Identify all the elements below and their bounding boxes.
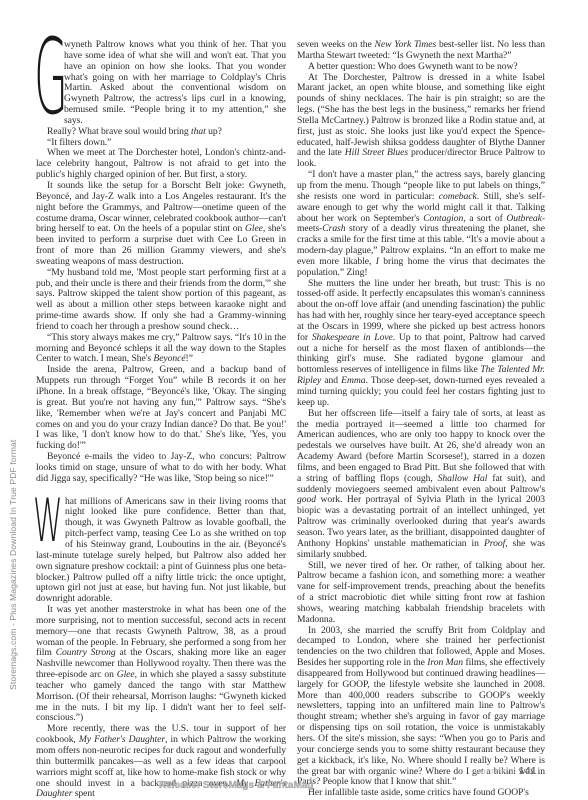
article-paragraph: She mutters the line under her breath, b…: [297, 279, 545, 409]
article-paragraph: Her infallible taste aside, some critics…: [297, 788, 545, 799]
article-paragraph: “My husband told me, 'Most people start …: [36, 268, 286, 333]
article-paragraph: Still, we never tired of her. Or rather,…: [297, 561, 545, 626]
folio-label: VANITY FAIR: [475, 770, 517, 776]
article-paragraph: Inside the arena, Paltrow, Green, and a …: [36, 365, 286, 452]
bottom-watermark: Release: StoreMags & FantaMag: [159, 780, 314, 791]
drop-cap-w: W: [33, 497, 46, 545]
article-paragraph-section-start: What millions of Americans saw in their …: [36, 497, 286, 605]
article-column-left: Gwyneth Paltrow knows what you think of …: [36, 40, 286, 800]
drop-cap-g: G: [34, 38, 44, 116]
article-paragraph: It sounds like the setup for a Borscht B…: [36, 181, 286, 268]
article-paragraph: It was yet another masterstroke in what …: [36, 605, 286, 724]
article-paragraph: When we meet at The Dorchester hotel, Lo…: [36, 148, 286, 181]
article-paragraph: Really? What brave soul would bring that…: [36, 127, 286, 138]
article-paragraph: At The Dorchester, Paltrow is dressed in…: [297, 73, 545, 171]
magazine-page: Gwyneth Paltrow knows what you think of …: [0, 0, 588, 800]
article-paragraph: “I don't have a master plan,” the actres…: [297, 170, 545, 278]
article-column-right: seven weeks on the New York Times best-s…: [297, 40, 545, 799]
article-paragraph: Gwyneth Paltrow knows what you think of …: [36, 40, 286, 127]
page-number: 141: [519, 766, 537, 777]
article-paragraph: Beyoncé e-mails the video to Jay-Z, who …: [36, 452, 286, 485]
article-paragraph: In 2003, she married the scruffy Brit fr…: [297, 626, 545, 789]
page-folio: VANITY FAIR 141: [475, 766, 537, 777]
article-paragraph: seven weeks on the New York Times best-s…: [297, 40, 545, 62]
article-paragraph: “This story always makes me cry,” Paltro…: [36, 333, 286, 366]
article-paragraph: But her offscreen life—itself a fairy ta…: [297, 409, 545, 561]
side-watermark: Storemags.com - Plus Magazines Download …: [8, 440, 18, 690]
